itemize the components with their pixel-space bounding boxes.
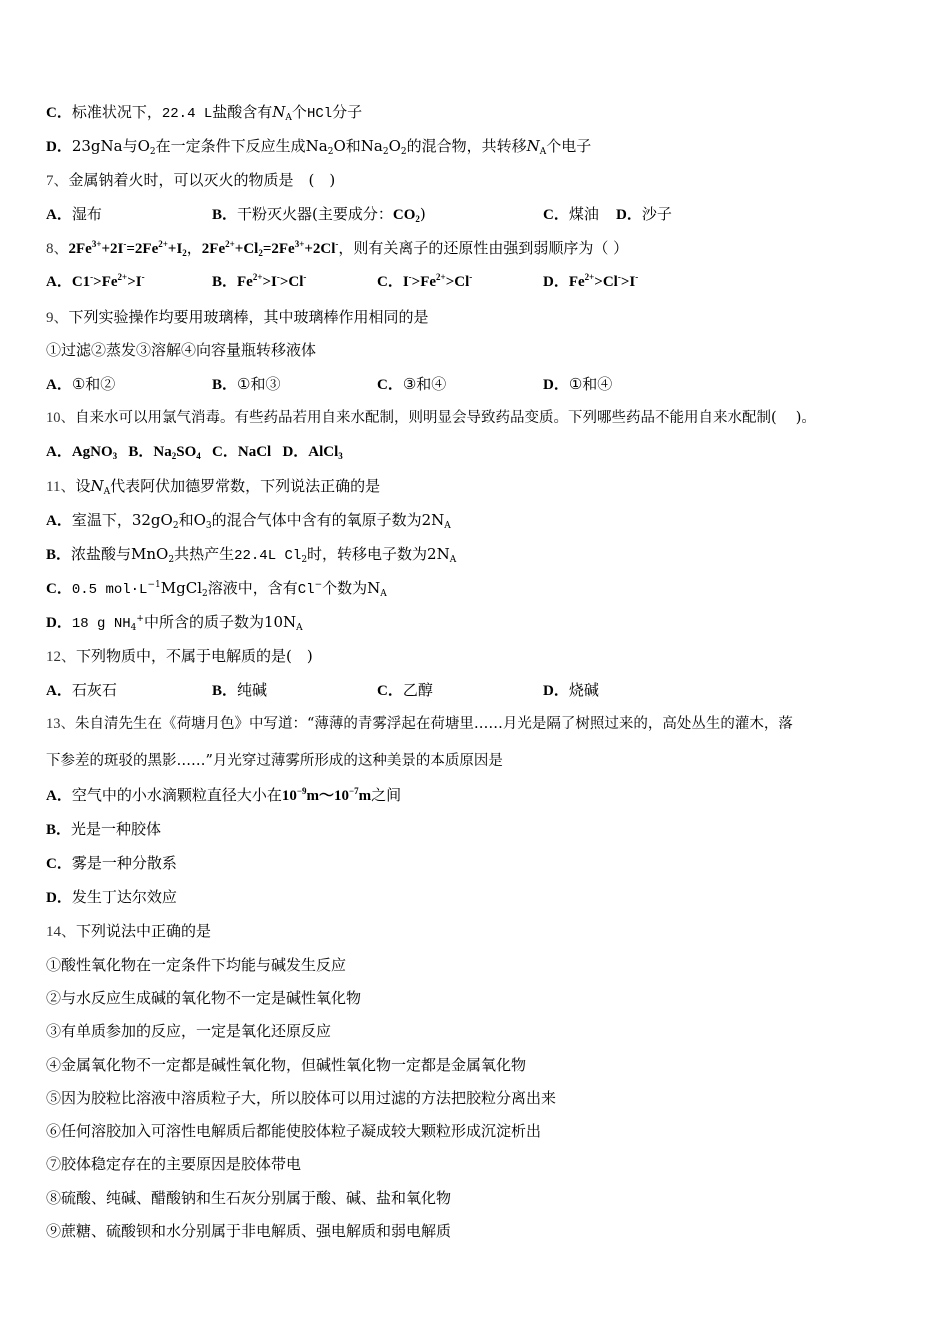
exam-page: C．标准状况下，22.4 L盐酸含有NA个HCl分子 D．23gNa与O2在一定… — [0, 0, 950, 1344]
q8-stem: 8、2Fe3++2I-=2Fe2++I2，2Fe2++Cl2=2Fe3++2Cl… — [46, 238, 628, 258]
q13-option-b: B．光是一种胶体 — [46, 819, 161, 839]
question-stem: 下列实验操作均要用玻璃棒，其中玻璃棒作用相同的是 — [69, 308, 429, 326]
q12-stem: 12、下列物质中，不属于电解质的是( ) — [46, 646, 313, 666]
question-number: 11、 — [46, 479, 75, 495]
q11-option-c: C．0.5 mol·L−1MgCl2溶液中，含有Cl−个数为NA — [46, 578, 387, 598]
q6-option-c: C．标准状况下，22.4 L盐酸含有NA个HCl分子 — [46, 102, 362, 122]
q9-operations: ①过滤②蒸发③溶解④向容量瓶转移液体 — [46, 340, 316, 360]
option-label: C． — [46, 105, 72, 121]
q10-stem: 10、自来水可以用氯气消毒。有些药品若用自来水配制，则明显会导致药品变质。下列哪… — [46, 408, 816, 428]
q14-statement-9: ⑨蔗糖、硫酸钡和水分别属于非电解质、强电解质和弱电解质 — [46, 1221, 451, 1241]
q14-statement-2: ②与水反应生成碱的氧化物不一定是碱性氧化物 — [46, 988, 361, 1008]
q13-option-a: A．空气中的小水滴颗粒直径大小在10−9m～10−7m之间 — [46, 785, 401, 805]
option-a: A．石灰石 — [46, 680, 117, 701]
option-d: D．烧碱 — [543, 680, 599, 701]
question-number: 7、 — [46, 173, 69, 189]
question-stem: 设NA代表阿伏加德罗常数，下列说法正确的是 — [75, 477, 380, 495]
question-number: 13、 — [46, 716, 75, 732]
q14-statement-3: ③有单质参加的反应，一定是氧化还原反应 — [46, 1021, 331, 1041]
q11-option-a: A．室温下，32gO2和O3的混合气体中含有的氧原子数为2NA — [46, 510, 451, 530]
question-number: 10、 — [46, 410, 75, 426]
q12-options: A．石灰石 B．纯碱 C．乙醇 D．烧碱 — [46, 680, 906, 700]
q13-option-c: C．雾是一种分散系 — [46, 853, 177, 873]
q14-statement-5: ⑤因为胶粒比溶液中溶质粒子大，所以胶体可以用过滤的方法把胶粒分离出来 — [46, 1088, 556, 1108]
question-number: 8、 — [46, 241, 69, 257]
q11-stem: 11、设NA代表阿伏加德罗常数，下列说法正确的是 — [46, 476, 380, 496]
question-stem: 朱自清先生在《荷塘月色》中写道：“薄薄的青雾浮起在荷塘里……月光是隔了树照过来的… — [75, 716, 793, 732]
q6-option-d: D．23gNa与O2在一定条件下反应生成Na2O和Na2O2的混合物，共转移NA… — [46, 136, 591, 156]
question-stem: 自来水可以用氯气消毒。有些药品若用自来水配制，则明显会导致药品变质。下列哪些药品… — [75, 410, 816, 426]
q7-options: A．湿布 B．干粉灭火器(主要成分：CO2) C．煤油 D．沙子 — [46, 204, 906, 224]
option-b: B．干粉灭火器(主要成分：CO2) — [212, 204, 426, 225]
q13-stem-continued: 下参差的斑驳的黑影……”月光穿过薄雾所形成的这种美景的本质原因是 — [46, 751, 503, 771]
question-stem: 2Fe3++2I-=2Fe2++I2，2Fe2++Cl2=2Fe3++2Cl-，… — [69, 239, 629, 257]
q11-option-d: D．18 g NH4+中所含的质子数为10NA — [46, 612, 303, 632]
q14-statement-1: ①酸性氧化物在一定条件下均能与碱发生反应 — [46, 955, 346, 975]
option-b: B．纯碱 — [212, 680, 267, 701]
q13-stem: 13、朱自清先生在《荷塘月色》中写道：“薄薄的青雾浮起在荷塘里……月光是隔了树照… — [46, 714, 793, 734]
option-a: A．C1->Fe2+>I- — [46, 272, 145, 292]
q11-option-b: B．浓盐酸与MnO2共热产生22.4L Cl2时，转移电子数为2NA — [46, 544, 456, 564]
option-b: B．①和③ — [212, 374, 280, 395]
q14-statement-8: ⑧硫酸、纯碱、醋酸钠和生石灰分别属于酸、碱、盐和氧化物 — [46, 1188, 451, 1208]
question-number: 9、 — [46, 310, 69, 326]
q13-option-d: D．发生丁达尔效应 — [46, 887, 177, 907]
question-number: 12、 — [46, 649, 76, 665]
option-a: A．湿布 — [46, 204, 102, 225]
option-c: C．煤油 — [543, 204, 599, 225]
option-text: 标准状况下，22.4 L盐酸含有NA个HCl分子 — [72, 103, 362, 121]
question-stem: 下列说法中正确的是 — [76, 922, 211, 940]
option-b: B．Fe2+>I->Cl- — [212, 272, 306, 292]
question-stem: 下列物质中，不属于电解质的是( ) — [76, 647, 313, 665]
option-a: A．①和② — [46, 374, 115, 395]
option-c: C．③和④ — [377, 374, 446, 395]
option-label: D． — [46, 139, 72, 155]
q9-options: A．①和② B．①和③ C．③和④ D．①和④ — [46, 374, 906, 394]
option-c: C．乙醇 — [377, 680, 433, 701]
option-text: 23gNa与O2在一定条件下反应生成Na2O和Na2O2的混合物，共转移NA个电… — [72, 137, 591, 155]
option-c: C．I->Fe2+>Cl- — [377, 272, 472, 292]
question-stem: 金属钠着火时，可以灭火的物质是 ( ) — [69, 171, 336, 189]
q8-options: A．C1->Fe2+>I- B．Fe2+>I->Cl- C．I->Fe2+>Cl… — [46, 272, 906, 292]
option-d: D．沙子 — [616, 204, 672, 225]
option-d: D．①和④ — [543, 374, 612, 395]
q14-statement-6: ⑥任何溶胶加入可溶性电解质后都能使胶体粒子凝成较大颗粒形成沉淀析出 — [46, 1121, 541, 1141]
q7-stem: 7、金属钠着火时，可以灭火的物质是 ( ) — [46, 170, 335, 190]
q9-stem: 9、下列实验操作均要用玻璃棒，其中玻璃棒作用相同的是 — [46, 307, 429, 327]
q14-statement-4: ④金属氧化物不一定都是碱性氧化物，但碱性氧化物一定都是金属氧化物 — [46, 1055, 526, 1075]
q10-options: A．AgNO3 B．Na2SO4 C．NaCl D．AlCl3 — [46, 442, 343, 462]
question-number: 14、 — [46, 924, 76, 940]
option-d: D．Fe2+>Cl->I- — [543, 272, 638, 292]
q14-stem: 14、下列说法中正确的是 — [46, 921, 211, 941]
q14-statement-7: ⑦胶体稳定存在的主要原因是胶体带电 — [46, 1154, 301, 1174]
